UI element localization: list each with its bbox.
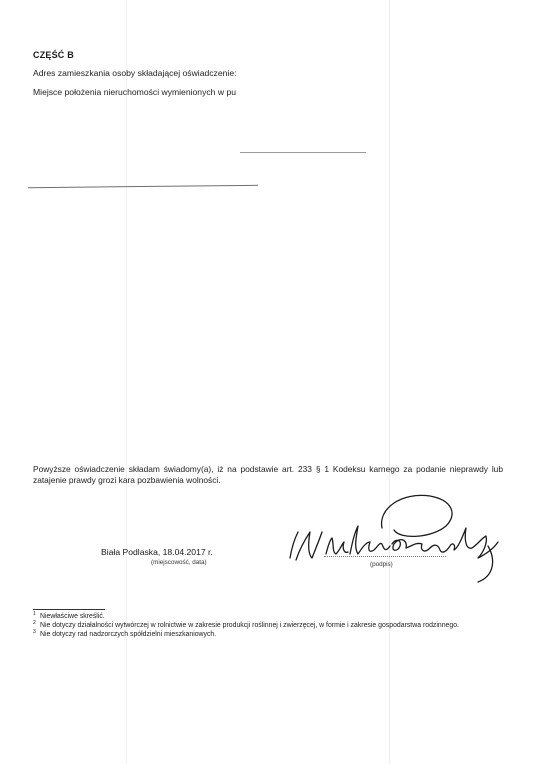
footnote-mark: 1 [33,610,36,619]
scan-artifact-line [126,0,127,764]
footnote-2: 2 Nie dotyczy działalności wytwórczej w … [33,621,513,630]
fill-in-line [240,152,366,153]
footnote-text: Nie dotyczy rad nadzorczych spółdzielni … [40,631,216,638]
footnote-separator [33,609,105,610]
fill-in-line [28,185,258,188]
footnote-text: Nie dotyczy działalności wytwórczej w ro… [40,622,459,629]
declaration-statement: Powyższe oświadczenie składam świadomy(a… [33,464,503,486]
footnotes: 1 Niewłaściwe skreślić. 2 Nie dotyczy dz… [33,612,513,640]
place-date-caption: (miejscowość, data) [151,559,207,566]
property-location-label: Miejsce położenia nieruchomości wymienio… [33,87,236,97]
footnote-mark: 2 [33,619,36,628]
footnote-3: 3 Nie dotyczy rad nadzorczych spółdzieln… [33,630,513,639]
place-date: Biała Podlaska, 18.04.2017 r. [101,547,213,557]
section-heading: CZĘŚĆ B [33,50,74,60]
footnote-1: 1 Niewłaściwe skreślić. [33,612,513,621]
footnote-mark: 3 [33,628,36,637]
scan-artifact-line [389,0,390,764]
signature-icon [282,488,522,588]
residence-address-label: Adres zamieszkania osoby składającej ośw… [33,68,237,78]
footnote-text: Niewłaściwe skreślić. [40,613,105,620]
signature-line [324,556,446,557]
document-page: CZĘŚĆ B Adres zamieszkania osoby składaj… [0,0,540,764]
signature-caption: (podpis) [370,561,393,568]
